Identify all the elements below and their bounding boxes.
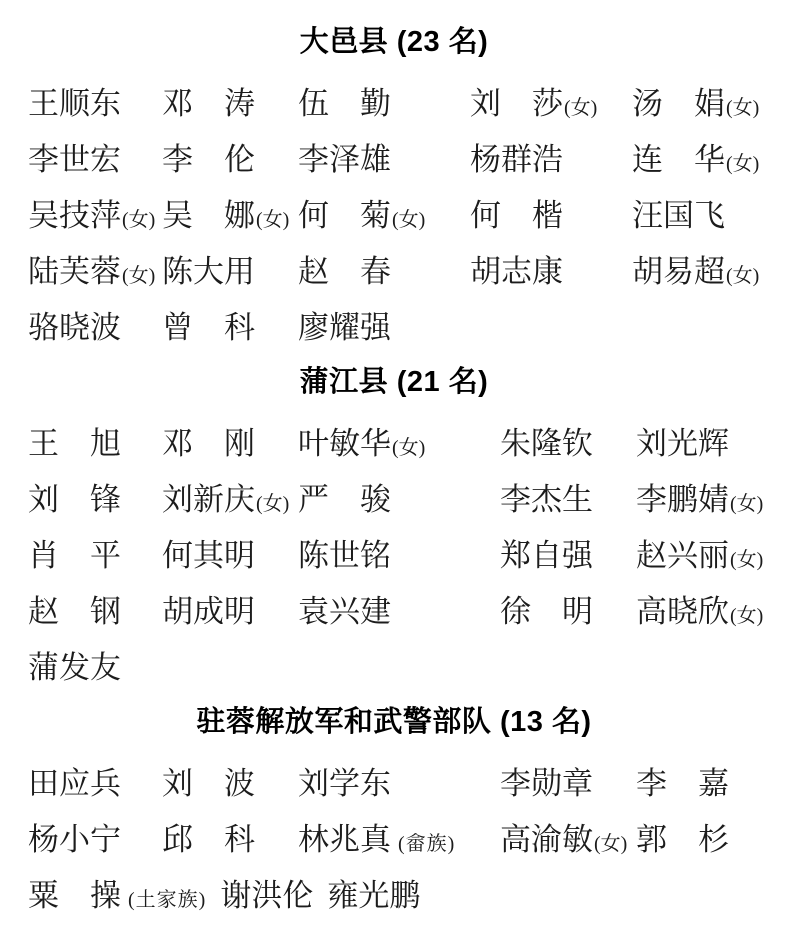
name-cell: 刘光辉	[636, 418, 760, 463]
person-name: 雍光鹏	[327, 878, 420, 913]
name-row: 田应兵刘 波刘学东李勋章李 嘉	[28, 752, 760, 808]
ethnic-tag: (土家族)	[128, 889, 206, 911]
person-name: 刘 锋	[28, 482, 121, 517]
female-tag: (女)	[730, 493, 763, 515]
name-cell: 李 嘉	[636, 758, 760, 803]
person-name: 郭 杉	[636, 822, 729, 857]
person-name: 粟 操	[28, 878, 121, 913]
person-name: 谢洪伦	[220, 878, 313, 913]
name-row: 李世宏李 伦李泽雄杨群浩连 华(女)	[28, 128, 760, 184]
person-name: 何其明	[162, 538, 255, 573]
name-cell: 汪国飞	[632, 190, 760, 235]
name-cell: 邱 科	[162, 814, 298, 859]
name-cell: 李杰生	[500, 474, 636, 519]
person-name: 严 骏	[298, 482, 391, 517]
name-cell: 郑自强	[500, 530, 636, 575]
person-name: 田应兵	[28, 766, 121, 801]
person-name: 陈大用	[162, 254, 255, 289]
name-cell: 李 伦	[162, 134, 298, 179]
person-name: 王 旭	[28, 426, 121, 461]
female-tag: (女)	[726, 153, 759, 175]
name-cell: 粟 操(土家族)	[28, 870, 206, 915]
name-cell: 雍光鹏	[327, 870, 420, 915]
name-row: 王 旭邓 刚叶敏华(女)朱隆钦刘光辉	[28, 412, 760, 468]
name-cell: 蒲发友	[28, 642, 162, 687]
name-cell: 王顺东	[28, 78, 162, 123]
name-cell: 胡成明	[162, 586, 298, 631]
name-cell: 何 菊(女)	[298, 190, 470, 235]
name-cell: 陆芙蓉(女)	[28, 246, 162, 291]
person-name: 李泽雄	[298, 142, 391, 177]
name-cell: 刘新庆(女)	[162, 474, 298, 519]
person-name: 邓 涛	[162, 86, 255, 121]
name-cell: 朱隆钦	[500, 418, 636, 463]
person-name: 胡志康	[470, 254, 563, 289]
person-name: 李勋章	[500, 766, 593, 801]
person-name: 林兆真	[298, 822, 391, 857]
name-cell: 廖耀强	[298, 302, 470, 347]
person-name: 杨群浩	[470, 142, 563, 177]
female-tag: (女)	[730, 605, 763, 627]
female-tag: (女)	[122, 209, 155, 231]
person-name: 朱隆钦	[500, 426, 593, 461]
name-row: 杨小宁邱 科林兆真(畲族)高渝敏(女)郭 杉	[28, 808, 760, 864]
name-cell: 王 旭	[28, 418, 162, 463]
name-cell: 何 楷	[470, 190, 632, 235]
person-name: 袁兴建	[298, 594, 391, 629]
name-row: 陆芙蓉(女)陈大用赵 春胡志康胡易超(女)	[28, 240, 760, 296]
name-row: 蒲发友	[28, 636, 760, 692]
name-cell: 赵 春	[298, 246, 470, 291]
person-name: 廖耀强	[298, 310, 391, 345]
name-cell: 汤 娟(女)	[632, 78, 760, 123]
name-cell: 郭 杉	[636, 814, 760, 859]
female-tag: (女)	[730, 549, 763, 571]
name-cell: 刘 锋	[28, 474, 162, 519]
female-tag: (女)	[256, 493, 289, 515]
name-cell: 何其明	[162, 530, 298, 575]
county-section: 驻蓉解放军和武警部队 (13 名)田应兵刘 波刘学东李勋章李 嘉杨小宁邱 科林兆…	[28, 702, 760, 920]
person-name: 肖 平	[28, 538, 121, 573]
name-cell: 胡易超(女)	[632, 246, 760, 291]
name-cell: 李鹏婧(女)	[636, 474, 763, 519]
person-name: 李 伦	[162, 142, 255, 177]
name-cell: 严 骏	[298, 474, 500, 519]
name-cell: 林兆真(畲族)	[298, 814, 500, 859]
county-section: 大邑县 (23 名)王顺东邓 涛伍 勤刘 莎(女)汤 娟(女)李世宏李 伦李泽雄…	[28, 22, 760, 352]
person-name: 蒲发友	[28, 650, 121, 685]
person-name: 汪国飞	[632, 198, 725, 233]
person-name: 李杰生	[500, 482, 593, 517]
delegate-name-list-page: 大邑县 (23 名)王顺东邓 涛伍 勤刘 莎(女)汤 娟(女)李世宏李 伦李泽雄…	[0, 0, 786, 933]
person-name: 连 华	[632, 142, 725, 177]
person-name: 王顺东	[28, 86, 121, 121]
section-title: 大邑县 (23 名)	[28, 22, 760, 62]
person-name: 何 菊	[298, 198, 391, 233]
county-section: 蒲江县 (21 名)王 旭邓 刚叶敏华(女)朱隆钦刘光辉刘 锋刘新庆(女)严 骏…	[28, 362, 760, 692]
name-cell: 高晓欣(女)	[636, 586, 763, 631]
person-name: 曾 科	[162, 310, 255, 345]
person-name: 赵 春	[298, 254, 391, 289]
name-cell: 高渝敏(女)	[500, 814, 636, 859]
person-name: 赵兴丽	[636, 538, 729, 573]
person-name: 伍 勤	[298, 86, 391, 121]
section-title: 蒲江县 (21 名)	[28, 362, 760, 402]
person-name: 骆晓波	[28, 310, 121, 345]
name-cell: 谢洪伦	[220, 870, 313, 915]
ethnic-tag: (畲族)	[398, 833, 455, 855]
name-cell: 邓 刚	[162, 418, 298, 463]
name-cell: 杨群浩	[470, 134, 632, 179]
person-name: 刘光辉	[636, 426, 729, 461]
name-cell: 李勋章	[500, 758, 636, 803]
person-name: 刘学东	[298, 766, 391, 801]
name-cell: 连 华(女)	[632, 134, 760, 179]
name-cell: 李世宏	[28, 134, 162, 179]
female-tag: (女)	[726, 97, 759, 119]
name-cell: 陈世铭	[298, 530, 500, 575]
person-name: 邓 刚	[162, 426, 255, 461]
person-name: 吴 娜	[162, 198, 255, 233]
name-cell: 刘学东	[298, 758, 500, 803]
person-name: 陈世铭	[298, 538, 391, 573]
name-row: 刘 锋刘新庆(女)严 骏李杰生李鹏婧(女)	[28, 468, 760, 524]
person-name: 刘新庆	[162, 482, 255, 517]
person-name: 郑自强	[500, 538, 593, 573]
person-name: 徐 明	[500, 594, 593, 629]
person-name: 高晓欣	[636, 594, 729, 629]
name-cell: 吴技萍(女)	[28, 190, 162, 235]
person-name: 李世宏	[28, 142, 121, 177]
name-cell: 田应兵	[28, 758, 162, 803]
person-name: 刘 波	[162, 766, 255, 801]
person-name: 高渝敏	[500, 822, 593, 857]
name-cell: 邓 涛	[162, 78, 298, 123]
name-cell: 陈大用	[162, 246, 298, 291]
document-body: { "document": { "background": "#ffffff",…	[0, 0, 786, 933]
name-cell: 曾 科	[162, 302, 298, 347]
name-row: 吴技萍(女)吴 娜(女)何 菊(女)何 楷汪国飞	[28, 184, 760, 240]
female-tag: (女)	[392, 209, 425, 231]
name-cell: 赵 钢	[28, 586, 162, 631]
name-cell: 李泽雄	[298, 134, 470, 179]
name-cell: 伍 勤	[298, 78, 470, 123]
name-cell: 胡志康	[470, 246, 632, 291]
person-name: 何 楷	[470, 198, 563, 233]
section-title: 驻蓉解放军和武警部队 (13 名)	[28, 702, 760, 742]
female-tag: (女)	[122, 265, 155, 287]
name-row: 王顺东邓 涛伍 勤刘 莎(女)汤 娟(女)	[28, 72, 760, 128]
person-name: 李鹏婧	[636, 482, 729, 517]
person-name: 陆芙蓉	[28, 254, 121, 289]
name-cell: 叶敏华(女)	[298, 418, 500, 463]
name-cell: 赵兴丽(女)	[636, 530, 763, 575]
person-name: 刘 莎	[470, 86, 563, 121]
name-cell: 徐 明	[500, 586, 636, 631]
name-cell: 杨小宁	[28, 814, 162, 859]
person-name: 胡成明	[162, 594, 255, 629]
female-tag: (女)	[256, 209, 289, 231]
name-row: 赵 钢胡成明袁兴建徐 明高晓欣(女)	[28, 580, 760, 636]
person-name: 李 嘉	[636, 766, 729, 801]
name-row: 肖 平何其明陈世铭郑自强赵兴丽(女)	[28, 524, 760, 580]
name-cell: 袁兴建	[298, 586, 500, 631]
name-row: 粟 操(土家族)谢洪伦雍光鹏	[28, 864, 760, 920]
female-tag: (女)	[392, 437, 425, 459]
female-tag: (女)	[564, 97, 597, 119]
person-name: 邱 科	[162, 822, 255, 857]
name-row: 骆晓波曾 科廖耀强	[28, 296, 760, 352]
name-cell: 骆晓波	[28, 302, 162, 347]
person-name: 胡易超	[632, 254, 725, 289]
female-tag: (女)	[726, 265, 759, 287]
name-cell: 刘 波	[162, 758, 298, 803]
name-cell: 肖 平	[28, 530, 162, 575]
name-cell: 吴 娜(女)	[162, 190, 298, 235]
name-cell: 刘 莎(女)	[470, 78, 632, 123]
person-name: 叶敏华	[298, 426, 391, 461]
person-name: 赵 钢	[28, 594, 121, 629]
person-name: 汤 娟	[632, 86, 725, 121]
person-name: 吴技萍	[28, 198, 121, 233]
person-name: 杨小宁	[28, 822, 121, 857]
name-list: 大邑县 (23 名)王顺东邓 涛伍 勤刘 莎(女)汤 娟(女)李世宏李 伦李泽雄…	[28, 22, 760, 920]
female-tag: (女)	[594, 833, 627, 855]
